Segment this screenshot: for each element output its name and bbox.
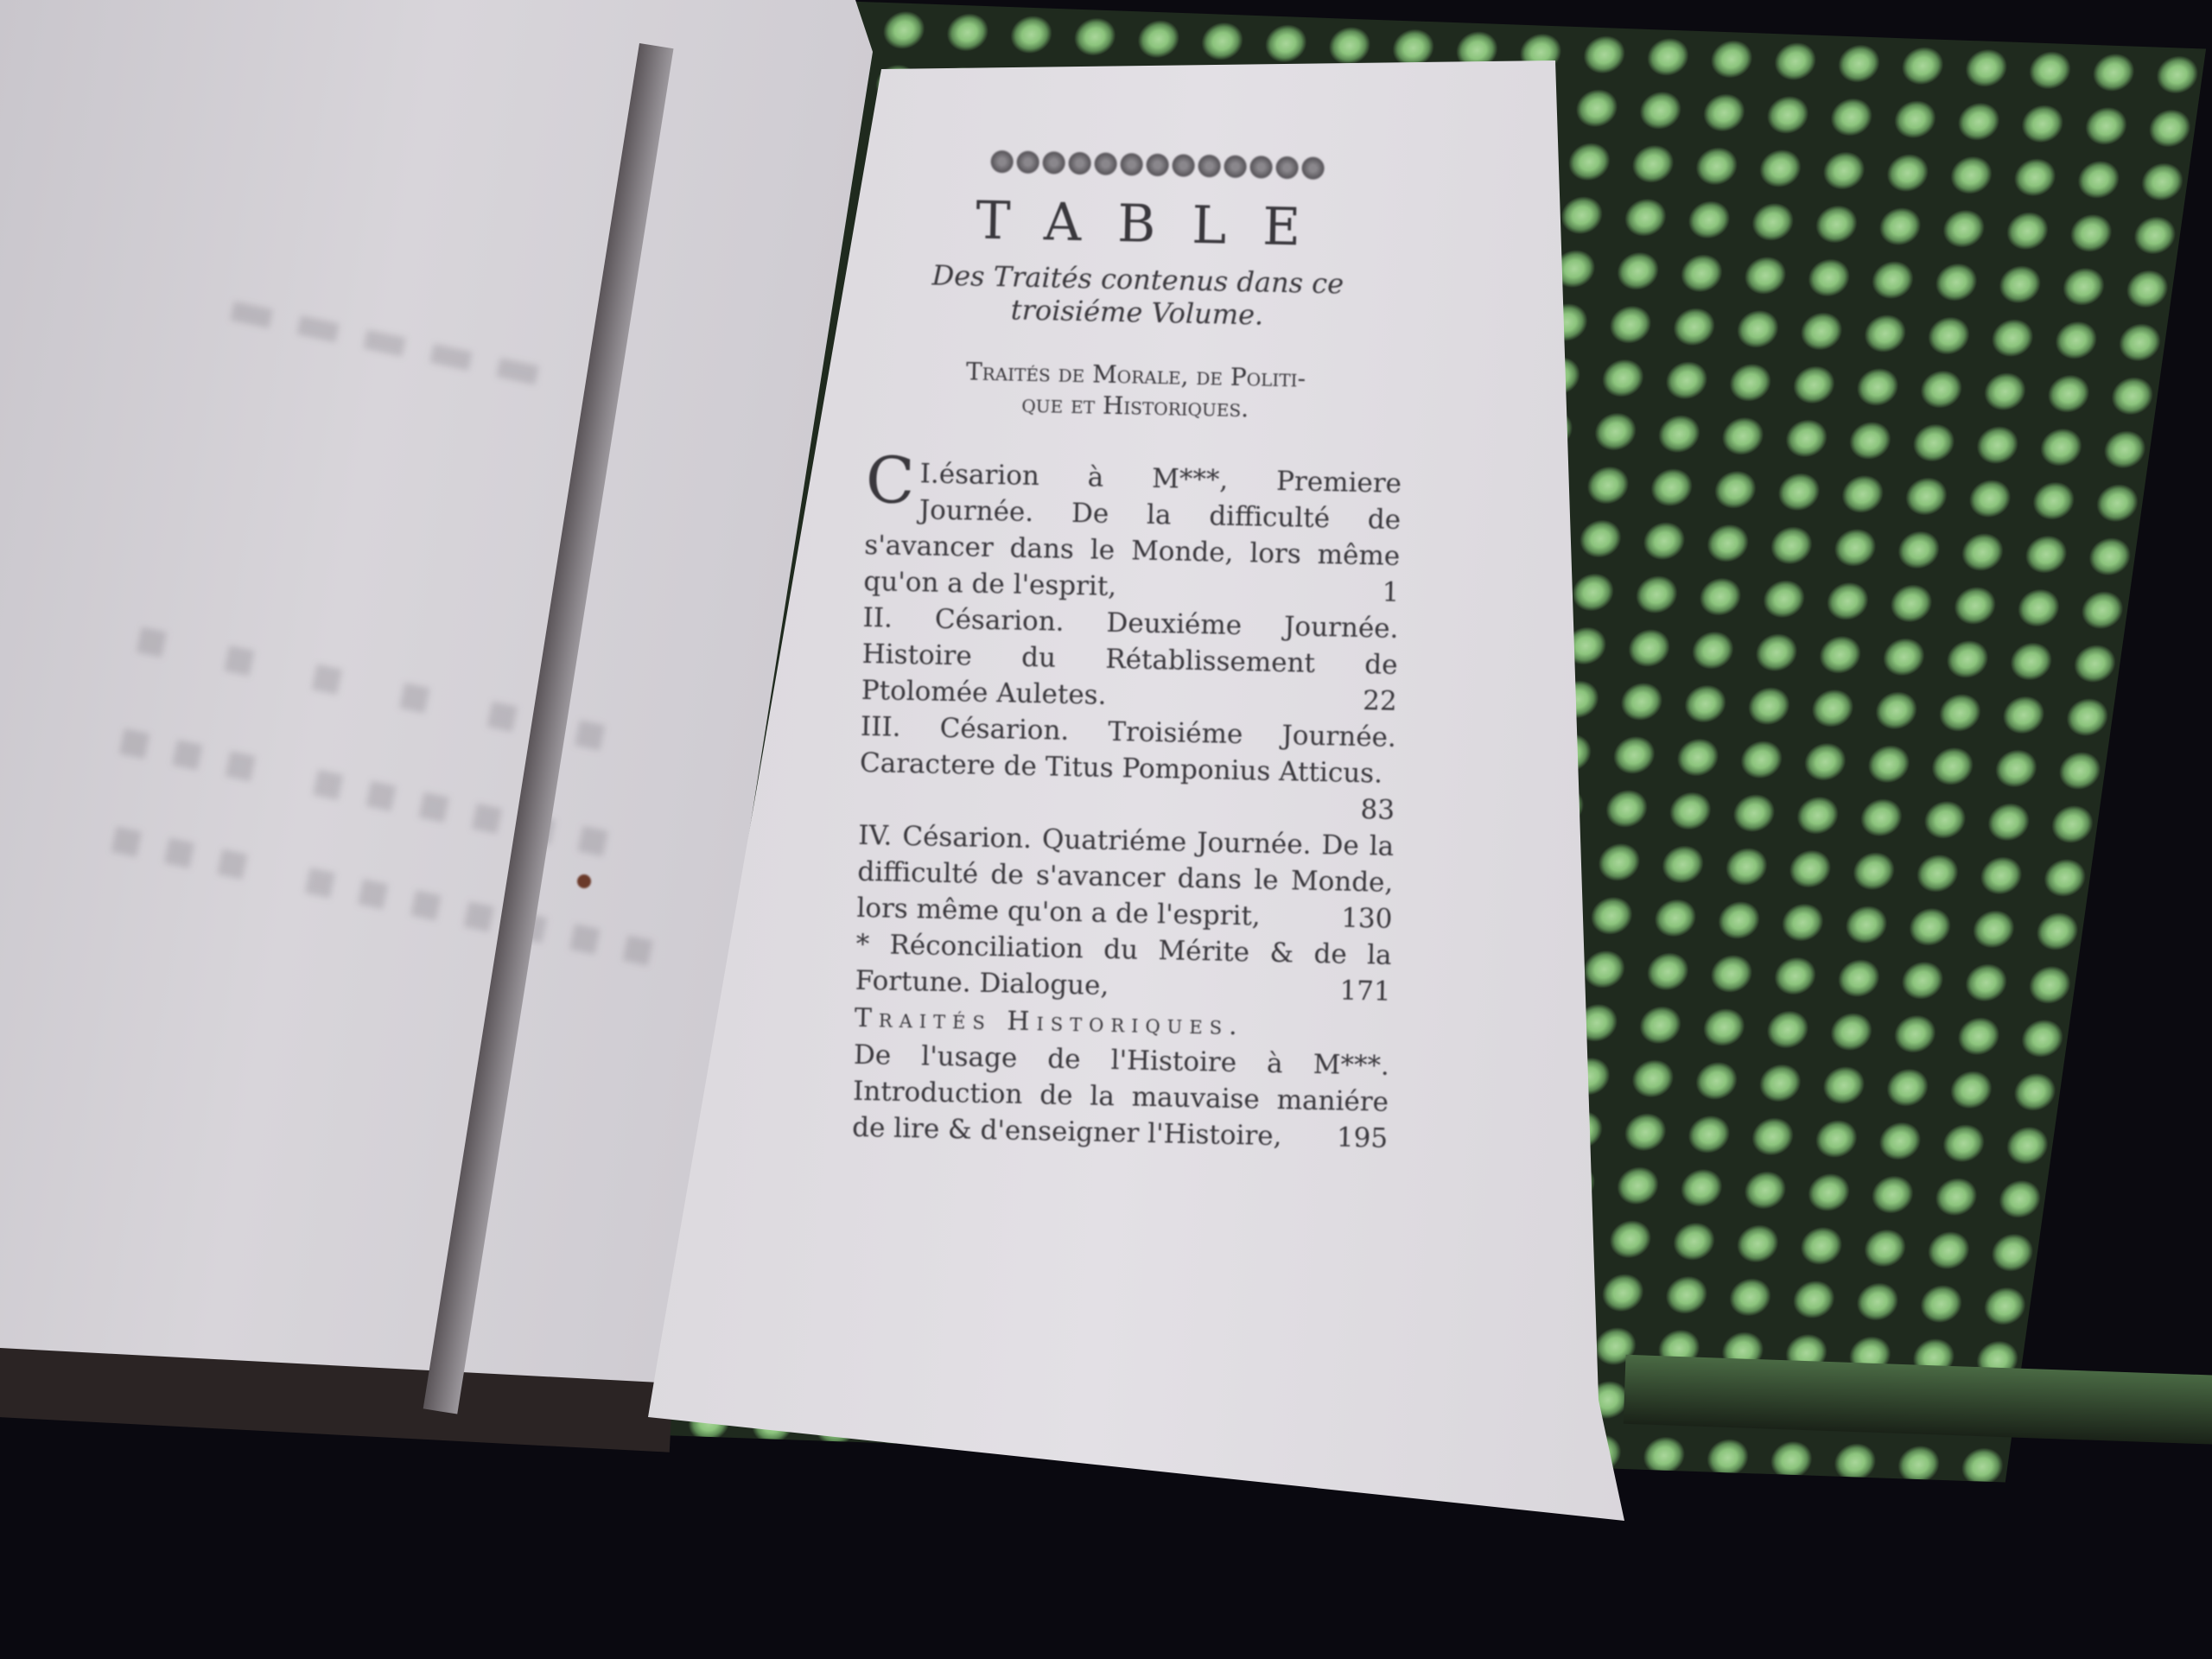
toc-entry: III. Césarion. Troisiéme Journée. Caract… [859, 709, 1397, 829]
entry-page: 22 [1363, 683, 1397, 720]
entry-text: De l'usage de l'Histoire à M***. Introdu… [852, 1039, 1389, 1152]
entry-page: 130 [1341, 900, 1393, 938]
toc-entry: * Réconciliation du Mérite & de la Fortu… [855, 926, 1392, 1010]
entry-page: 1 [1382, 574, 1400, 610]
entry-page: 171 [1339, 973, 1391, 1010]
bleed-through-text: ▬▬▬▬▬ [222, 276, 567, 406]
toc-entry: De l'usage de l'Histoire à M***. Introdu… [852, 1037, 1390, 1157]
entry-text: ésarion à M***, Premiere Journée. De la … [863, 459, 1402, 602]
table-of-contents: TABLE Des Traités contenus dans ce trois… [852, 147, 1408, 1157]
entry-number: IV. [858, 820, 893, 852]
entry-page: 195 [1336, 1120, 1388, 1157]
page-title: TABLE [906, 189, 1408, 260]
entry-list: I.Césarion à M***, Premiere Journée. De … [852, 454, 1402, 1157]
toc-entry: I.Césarion à M***, Premiere Journée. De … [863, 454, 1402, 611]
toc-entry: IV. Césarion. Quatriéme Journée. De la d… [856, 817, 1395, 938]
entry-number: * [855, 929, 869, 960]
drop-cap: C [865, 454, 915, 507]
entry-text: Césarion. Deuxiéme Journée. Histoire du … [861, 604, 1398, 711]
paper-stain [577, 874, 591, 888]
entry-number: I. [919, 458, 939, 489]
toc-entry: II. Césarion. Deuxiéme Journée. Histoire… [861, 600, 1399, 720]
entry-text: Césarion. Troisiéme Journée. Caractere d… [860, 713, 1396, 790]
entry-number: III. [861, 711, 901, 743]
entry-text: Réconciliation du Mérite & de la Fortune… [855, 930, 1391, 1001]
entry-text: Césarion. Quatriéme Journée. De la diffi… [856, 821, 1394, 932]
entry-number: II. [862, 602, 893, 634]
